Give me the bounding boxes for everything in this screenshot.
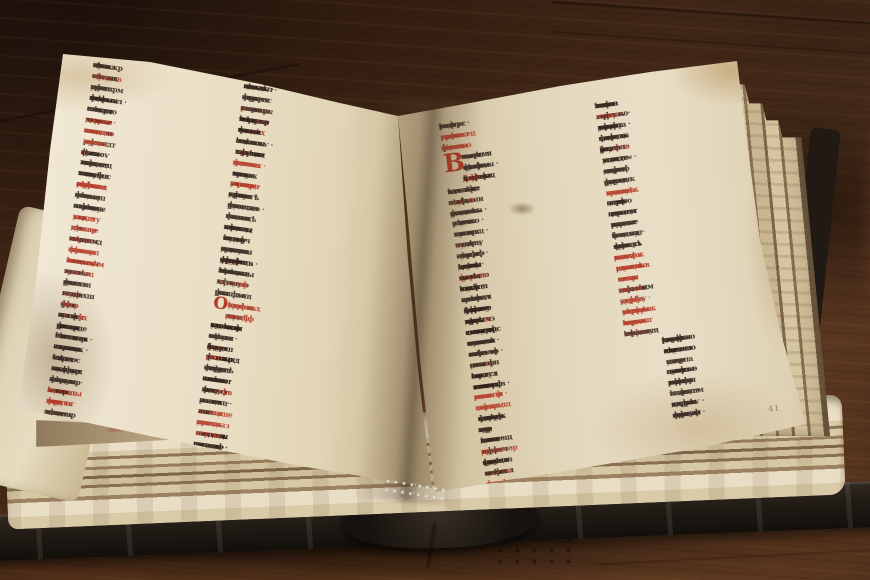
photo-scene: юь шз · хѣга гѳг иуаожр дѣиаэ еоо цнщщв … xyxy=(0,0,870,580)
photo-vignette xyxy=(0,0,870,580)
